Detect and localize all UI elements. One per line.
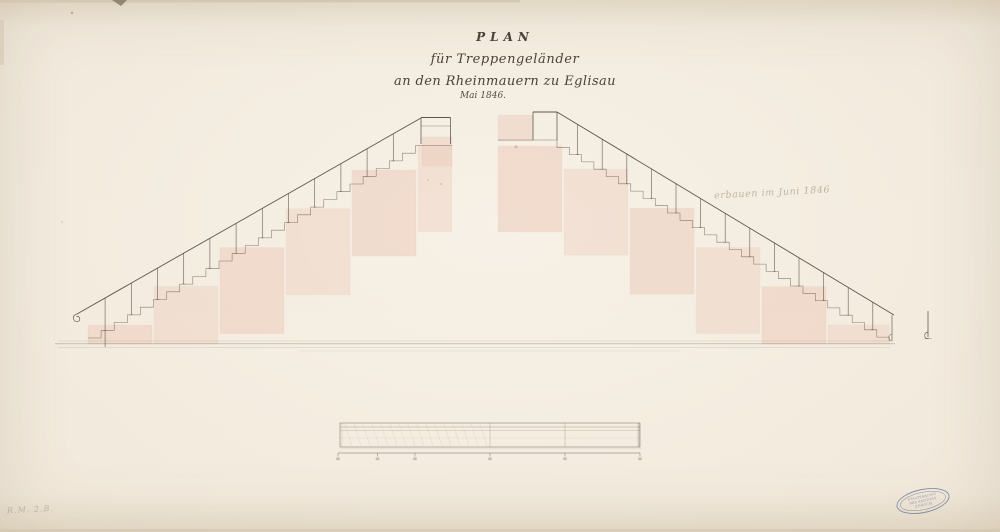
plan-sheet: PLAN für Treppengeländer an den Rheinmau… [0,0,1000,532]
plan-subtitle: für Treppengeländer [300,52,710,67]
plan-location: an den Rheinmauern zu Eglisau [300,74,710,89]
archive-stamp: STAATSARCHIV DES KANTONS ZÜRICH [891,484,955,518]
title-block: PLAN für Treppengeländer an den Rheinmau… [300,30,710,101]
plan-date: Mai 1846. [300,91,666,101]
plan-title: PLAN [300,30,710,44]
